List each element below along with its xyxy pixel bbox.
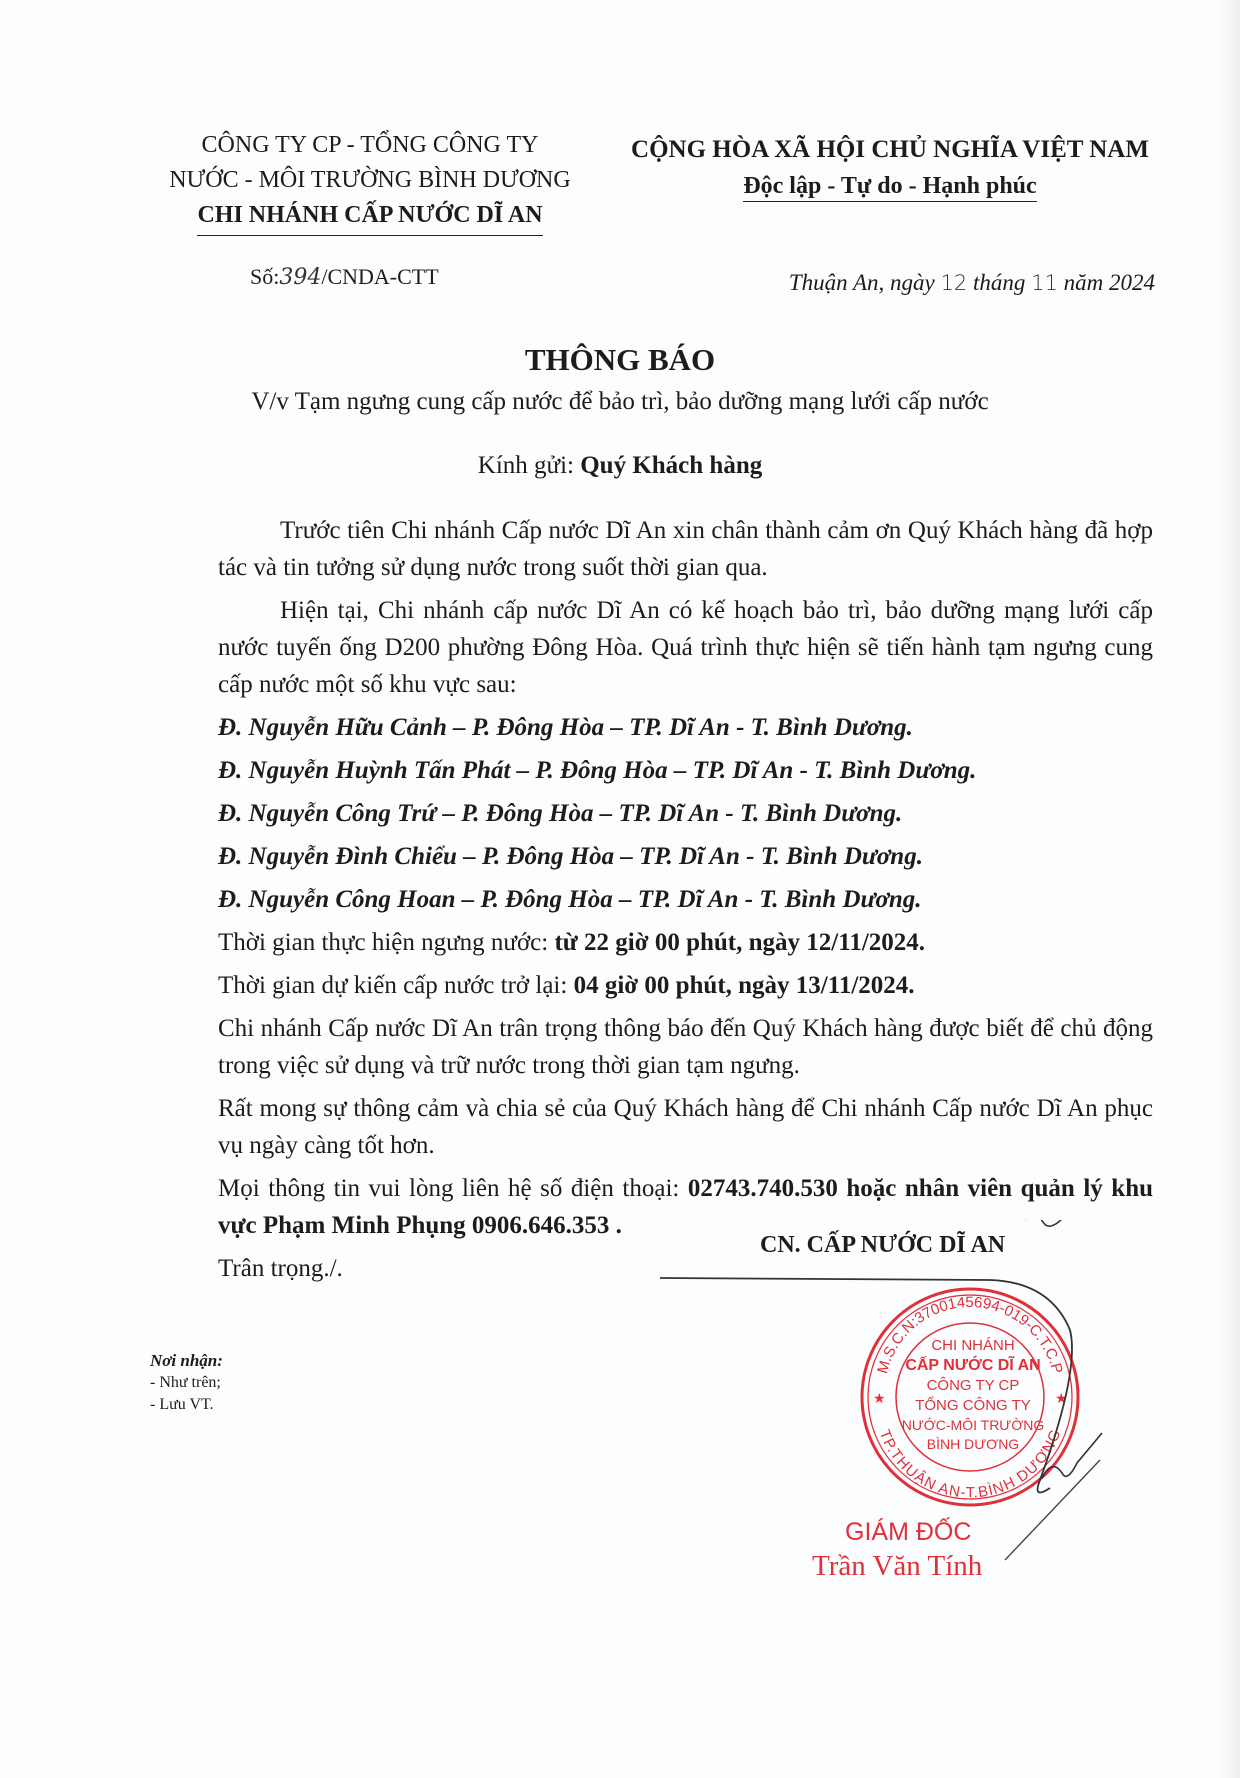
location-item: Đ. Nguyễn Huỳnh Tấn Phát – P. Đông Hòa –… <box>218 752 1153 789</box>
svg-text:TỔNG CÔNG TY: TỔNG CÔNG TY <box>915 1396 1031 1414</box>
stop-time-label: Thời gian thực hiện ngưng nước: <box>218 929 548 956</box>
document-subject: V/v Tạm ngưng cung cấp nước để bảo trì, … <box>0 388 1240 416</box>
location-item: Đ. Nguyễn Hữu Cảnh – P. Đông Hòa – TP. D… <box>218 709 1153 746</box>
official-stamp-icon: M.S.C.N:3700145694-019-C.T.C.P TP.THUẬN … <box>855 1277 1085 1507</box>
scan-edge-shadow <box>1218 0 1240 1778</box>
national-header: CỘNG HÒA XÃ HỘI CHỦ NGHĨA VIỆT NAM Độc l… <box>620 132 1160 204</box>
doc-no-suffix: /CNDA-CTT <box>321 264 438 289</box>
signer-title: GIÁM ĐỐC <box>845 1518 971 1547</box>
doc-no-handwritten: 394 <box>279 265 321 290</box>
addressee-label: Kính gửi: <box>478 452 574 479</box>
addressee-value: Quý Khách hàng <box>580 452 762 479</box>
date-month: 11 <box>1031 271 1058 295</box>
svg-text:CHI NHÁNH: CHI NHÁNH <box>931 1337 1014 1354</box>
date-year: năm 2024 <box>1064 270 1155 295</box>
paragraph-plan: Hiện tại, Chi nhánh cấp nước Dĩ An có kế… <box>218 592 1153 703</box>
org-line-2: NƯỚC - MÔI TRƯỜNG BÌNH DƯƠNG <box>150 163 590 198</box>
svg-text:CẤP NƯỚC DĨ AN: CẤP NƯỚC DĨ AN <box>905 1354 1040 1374</box>
recipient-item: - Lưu VT. <box>150 1394 223 1416</box>
resume-time-value: 04 giờ 00 phút, ngày 13/11/2024. <box>574 972 915 999</box>
recipients-heading: Nơi nhận: <box>150 1350 223 1372</box>
paragraph-notice: Chi nhánh Cấp nước Dĩ An trân trọng thôn… <box>218 1010 1153 1084</box>
nation-name: CỘNG HÒA XÃ HỘI CHỦ NGHĨA VIỆT NAM <box>620 132 1160 168</box>
svg-text:★: ★ <box>1055 1391 1068 1407</box>
document-body: Trước tiên Chi nhánh Cấp nước Dĩ An xin … <box>218 512 1153 1293</box>
location-item: Đ. Nguyễn Công Trứ – P. Đông Hòa – TP. D… <box>218 795 1153 832</box>
stop-time-value: từ 22 giờ 00 phút, ngày 12/11/2024. <box>554 929 925 956</box>
paragraph-contact: Mọi thông tin vui lòng liên hệ số điện t… <box>218 1170 1153 1244</box>
document-date: Thuận An, ngày 12 tháng 11 năm 2024 <box>725 270 1155 296</box>
paragraph-thanks: Trước tiên Chi nhánh Cấp nước Dĩ An xin … <box>218 512 1153 586</box>
paragraph-apology: Rất mong sự thông cảm và chia sẻ của Quý… <box>218 1090 1153 1164</box>
svg-text:★: ★ <box>873 1391 886 1407</box>
date-place: Thuận An, ngày <box>789 270 935 295</box>
location-item: Đ. Nguyễn Đình Chiểu – P. Đông Hòa – TP.… <box>218 838 1153 875</box>
location-list: Đ. Nguyễn Hữu Cảnh – P. Đông Hòa – TP. D… <box>218 709 1153 918</box>
date-month-label: tháng <box>973 270 1025 295</box>
contact-prefix: Mọi thông tin vui lòng liên hệ số điện t… <box>218 1175 679 1202</box>
national-motto: Độc lập - Tự do - Hạnh phúc <box>743 171 1036 202</box>
resume-time-label: Thời gian dự kiến cấp nước trở lại: <box>218 972 567 999</box>
stop-time: Thời gian thực hiện ngưng nước: từ 22 gi… <box>218 924 1153 961</box>
recipients-block: Nơi nhận: - Như trên; - Lưu VT. <box>150 1350 223 1416</box>
issuing-organization: CÔNG TY CP - TỔNG CÔNG TY NƯỚC - MÔI TRƯ… <box>150 128 590 236</box>
date-day: 12 <box>941 271 968 295</box>
resume-time: Thời gian dự kiến cấp nước trở lại: 04 g… <box>218 967 1153 1004</box>
signature-organization: CN. CẤP NƯỚC DĨ AN <box>760 1232 1005 1259</box>
svg-text:CÔNG TY CP: CÔNG TY CP <box>927 1377 1020 1394</box>
doc-no-prefix: Số: <box>250 264 279 289</box>
svg-text:BÌNH DƯƠNG: BÌNH DƯƠNG <box>927 1436 1019 1452</box>
document-number: Số:394/CNDA-CTT <box>250 264 439 290</box>
svg-text:NƯỚC-MÔI TRƯỜNG: NƯỚC-MÔI TRƯỜNG <box>902 1417 1045 1433</box>
addressee: Kính gửi: Quý Khách hàng <box>0 452 1240 480</box>
signer-name: Trần Văn Tính <box>812 1550 982 1583</box>
org-line-1: CÔNG TY CP - TỔNG CÔNG TY <box>150 128 590 163</box>
recipient-item: - Như trên; <box>150 1372 223 1394</box>
location-item: Đ. Nguyễn Công Hoan – P. Đông Hòa – TP. … <box>218 881 1153 918</box>
org-branch-name: CHI NHÁNH CẤP NƯỚC DĨ AN <box>197 198 542 236</box>
document-title: THÔNG BÁO <box>0 342 1240 378</box>
